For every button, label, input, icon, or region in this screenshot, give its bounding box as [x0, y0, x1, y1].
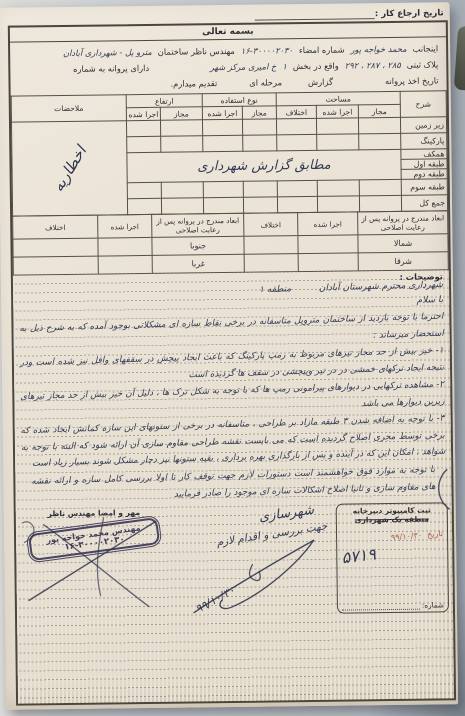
form-border-box: بسمه تعالی اینجانب محمد خواجه پور شماره …	[8, 20, 456, 705]
stage-label: مرحله ای	[249, 74, 282, 90]
row-label-west: غربا	[152, 254, 244, 273]
sub-header-permitted: مجاز	[242, 106, 276, 119]
row-label-floor3: طبقه سوم	[401, 179, 447, 196]
dims-header-executed: اجرا شده	[98, 214, 152, 238]
sub-header-diff: اختلاف	[276, 105, 316, 118]
referral-date-blank-line	[255, 8, 375, 20]
group-header-height: ارتفاع	[126, 94, 202, 108]
row-label-floor2: طبقه دوم	[401, 169, 447, 180]
engineer-label: مهندس ناظر ساختمان	[158, 43, 235, 60]
sub-header-executed: اجرا شده	[202, 106, 242, 119]
empty-cell	[160, 120, 202, 137]
empty-cell	[277, 180, 317, 196]
municipality-note-handwritten: مطابق گزارش شهرداری	[197, 158, 331, 175]
col-header-notes: ملاحضات	[11, 95, 126, 122]
row-label-basement: زیر زمین	[400, 117, 446, 134]
photo-background-object	[454, 26, 465, 91]
dims-header-permit: ابعاد مندرج در پروانه پس از رعایت اصلاحی	[358, 211, 448, 235]
empty-cell	[244, 254, 298, 273]
sub-header-permitted: مجاز	[160, 107, 202, 121]
i-label: اینجانب	[413, 40, 439, 56]
row-label-parking: پارکینگ	[401, 133, 447, 150]
empty-cell	[359, 133, 401, 150]
merged-municipality-note-cell: مطابق گزارش شهرداری	[127, 149, 401, 182]
registry-number-row: شماره:	[342, 600, 444, 610]
empty-cell	[358, 117, 400, 134]
sub-header-permitted: مجاز	[358, 104, 400, 118]
remarks-section: توضیحات : شهرداری محترم شهرستان آبادان م…	[13, 270, 452, 503]
col-header-desc: شرح	[400, 91, 446, 118]
floors-table: شرح مساحت نوع استفاده ارتفاع ملاحضات مجا…	[11, 90, 448, 216]
row-label-south: جنوبا	[152, 236, 244, 255]
empty-cell	[203, 181, 243, 197]
referral-date-label: تاریخ ارجاع کار :	[375, 8, 444, 19]
plate-no-handwritten: ۲۹۲ ، ۲۸۷ ، ۲۸۵	[345, 57, 401, 74]
empty-cell	[203, 135, 243, 151]
empty-cell	[298, 235, 358, 254]
routing-note-1-handwritten: شهرسازی	[258, 502, 315, 524]
footer-section: ثبت کامپیوتر دبیرخانه منطقه یک شهرداری ت…	[16, 500, 453, 629]
empty-cell	[203, 197, 243, 213]
group-header-use: نوع استفاده	[202, 93, 276, 107]
empty-cell	[126, 120, 160, 136]
stamp-area-label: مهر و امضا مهندس ناظر	[20, 507, 168, 518]
empty-cell	[127, 136, 161, 152]
row-label-ground: همکف	[401, 149, 447, 160]
address-handwritten: خ امیری مرکز شهر	[210, 58, 277, 75]
registry-number-blank	[342, 600, 420, 610]
empty-cell	[317, 134, 359, 151]
dims-header-executed: اجرا شده	[298, 212, 358, 236]
empty-cell	[243, 135, 277, 151]
engineer-name-handwritten: محمد خواجه پور	[350, 41, 406, 58]
scanned-form-paper: تاریخ ارجاع کار : بسمه تعالی اینجانب محم…	[0, 2, 458, 709]
dims-header-diff: اختلاف	[13, 215, 98, 239]
empty-cell	[161, 198, 203, 215]
empty-cell	[98, 237, 152, 256]
dims-header-diff: اختلاف	[244, 213, 298, 237]
row-label-east: شرقا	[358, 252, 448, 271]
sub-header-executed: اجرا شده	[316, 105, 358, 119]
registry-line-2: منطقه یک شهرداری	[341, 514, 443, 524]
routing-note-2-handwritten: جهت بررسی و اقدام لازم	[216, 520, 328, 549]
empty-cell	[359, 179, 401, 196]
dims-header-permit: ابعاد مندرج در پروانه پس از رعایت اصلاحی	[152, 213, 244, 237]
routing-date-handwritten: ۹۹/۱۰/۳۰	[193, 583, 237, 615]
empty-cell	[277, 196, 317, 212]
empty-cell	[202, 119, 242, 135]
empty-cell	[98, 255, 152, 274]
ruled-area: توضیحات : شهرداری محترم شهرستان آبادان م…	[13, 270, 454, 703]
report-label: گزارش	[308, 74, 333, 90]
warning-note-handwritten: اخطاریه	[49, 142, 90, 194]
empty-cell	[244, 236, 298, 255]
empty-cell	[276, 118, 316, 134]
empty-cell	[243, 181, 277, 197]
empty-cell	[242, 119, 276, 135]
empty-cell	[359, 195, 401, 212]
empty-cell	[161, 136, 203, 153]
license-no-label: دارای پروانه به شماره	[73, 60, 149, 77]
registry-stamp-box: ثبت کامپیوتر دبیرخانه منطقه یک شهرداری ت…	[336, 502, 449, 613]
sub-header-executed: اجرا شده	[126, 107, 160, 120]
empty-cell	[316, 118, 358, 135]
empty-cell	[317, 196, 359, 213]
project-name-handwritten: مترو پل - شهرداری آبادان	[63, 44, 152, 61]
engineer-stamp: مهندس محمد خواجه پور ۱۶-۳۰۰۰۰۲۰۳۰	[28, 517, 160, 561]
empty-cell	[277, 134, 317, 150]
empty-cell	[13, 238, 98, 257]
present-label: تقدیم میدارم.	[170, 75, 217, 92]
empty-cell	[298, 253, 358, 272]
empty-cell	[13, 256, 98, 275]
empty-cell	[317, 180, 359, 197]
plate-label: پلاک ثبتی	[407, 56, 439, 72]
row-label-floor1: طبقه اول	[401, 159, 447, 170]
signature-no-handwritten: ۱۶-۳۰۰۰۰۲۰۳۰	[241, 42, 293, 59]
registry-number-label: شماره:	[422, 600, 444, 609]
notes-cell: اخطاریه	[11, 121, 127, 216]
empty-cell	[243, 197, 277, 213]
engineer-stamp-area: مهر و امضا مهندس ناظر مهندس محمد خواجه پ…	[20, 505, 169, 627]
empty-cell	[127, 198, 161, 214]
salutation-district: منطقه ۱	[259, 284, 291, 295]
empty-cell	[127, 182, 161, 198]
permit-date-label: تاریخ اخذ پروانه	[385, 72, 439, 89]
row-label-north: شمالا	[358, 234, 448, 253]
signature-no-label: شماره امضاء	[299, 42, 345, 59]
row-label-total: جمع کل	[401, 195, 447, 212]
district-no-handwritten: ۱	[282, 58, 287, 74]
dimensions-table: ابعاد مندرج در پروانه پس از رعایت اصلاحی…	[12, 210, 449, 275]
routing-notes-area: شهرسازی جهت بررسی و اقدام لازم ۹۹/۱۰/۳۰	[172, 503, 333, 625]
salutation-org: شهرداری محترم شهرستان آبادان	[319, 280, 443, 293]
intro-section: اینجانب محمد خواجه پور شماره امضاء ۱۶-۳۰…	[10, 37, 447, 95]
empty-cell	[161, 182, 203, 199]
located-label: واقع در بخش	[293, 58, 339, 75]
